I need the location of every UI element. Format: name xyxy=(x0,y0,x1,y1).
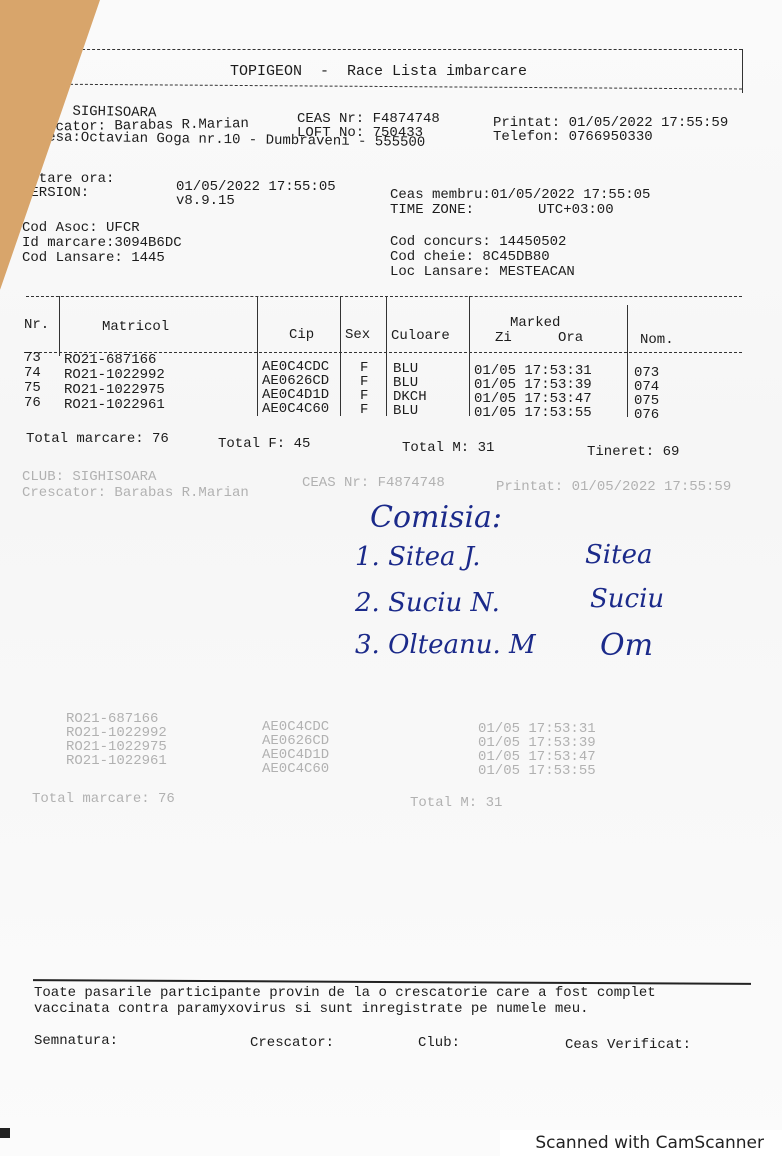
version-value: v8.9.15 xyxy=(176,194,235,209)
row-matricol: RO21-1022992 xyxy=(64,368,165,383)
row-nr: 73 xyxy=(24,351,41,366)
row-nom: 076 xyxy=(634,408,659,423)
col-divider xyxy=(257,296,258,416)
race-code: Cod concurs: 14450502 xyxy=(390,235,566,250)
document-title: TOPIGEON - Race Lista imbarcare xyxy=(230,64,527,79)
ghost-breeder: Crescator: Barabas R.Marian xyxy=(22,486,249,501)
header-matricol: Matricol xyxy=(102,320,169,335)
ghost-printed: Printat: 01/05/2022 17:55:59 xyxy=(496,480,731,495)
col-divider xyxy=(469,296,470,416)
total-marcare: Total marcare: 76 xyxy=(26,432,169,447)
header-sex: Sex xyxy=(345,328,370,343)
release-code: Cod Lansare: 1445 xyxy=(22,251,165,266)
row-nr: 74 xyxy=(24,366,41,381)
time-zone-label: TIME ZONE: xyxy=(390,203,474,218)
header-nr: Nr. xyxy=(24,318,49,333)
header-nom: Nom. xyxy=(640,333,674,348)
row-matricol: RO21-687166 xyxy=(64,353,156,368)
total-young: Tineret: 69 xyxy=(587,445,679,460)
phone-number: Telefon: 0766950330 xyxy=(493,130,653,145)
signature-2: Suciu xyxy=(590,584,664,614)
row-sex: F xyxy=(360,403,368,418)
time-zone-value: UTC+03:00 xyxy=(538,203,614,218)
commission-heading: Comisia: xyxy=(370,500,502,535)
ghost-club: CLUB: SIGHISOARA xyxy=(22,470,156,485)
association-code: Cod Asoc: UFCR xyxy=(22,221,140,236)
signature-1: Sitea xyxy=(585,540,652,570)
header-ora: Ora xyxy=(558,331,583,346)
loft-number: LOFT No: 750433 xyxy=(297,126,423,141)
paper-sheet: TOPIGEON - Race Lista imbarcare CLUB: SI… xyxy=(0,0,782,1156)
total-males: Total M: 31 xyxy=(402,441,494,456)
ghost-clock-number: CEAS Nr: F4874748 xyxy=(302,476,445,491)
commission-member-3: 3. Olteanu. M xyxy=(355,630,536,660)
clock-verified-label: Ceas Verificat: xyxy=(565,1038,691,1053)
marking-id: Id marcare:3094B6DC xyxy=(22,236,182,251)
header-border-right xyxy=(742,49,743,93)
row-culoare: BLU xyxy=(393,404,418,419)
header-zi: Zi xyxy=(495,331,512,346)
camscanner-watermark: Scanned with CamScanner xyxy=(500,1130,782,1156)
commission-member-2: 2. Suciu N. xyxy=(355,588,500,618)
row-nr: 76 xyxy=(24,396,41,411)
club-label: Club: xyxy=(418,1036,460,1051)
signature-label: Semnatura: xyxy=(34,1034,118,1049)
release-location: Loc Lansare: MESTEACAN xyxy=(390,265,575,280)
commission-member-1: 1. Sitea J. xyxy=(355,542,480,572)
breeder-label: Crescator: xyxy=(250,1036,334,1051)
ghost-total-males: Total M: 31 xyxy=(410,796,502,811)
header-border-bottom xyxy=(30,84,742,90)
col-divider xyxy=(59,296,60,356)
row-cip: AE0C4C60 xyxy=(262,402,329,417)
table-border-top xyxy=(26,296,742,297)
scan-edge xyxy=(0,1128,10,1138)
header-culoare: Culoare xyxy=(391,329,450,344)
member-clock-time: Ceas membru:01/05/2022 17:55:05 xyxy=(390,188,650,203)
signature-3: Om xyxy=(600,628,653,663)
col-divider xyxy=(386,296,387,416)
ghost-cip: AE0C4C60 xyxy=(262,762,329,777)
row-matricol: RO21-1022961 xyxy=(64,398,165,413)
ghost-marked: 01/05 17:53:55 xyxy=(478,764,596,779)
row-marked: 01/05 17:53:55 xyxy=(474,406,592,421)
header-cip: Cip xyxy=(289,328,314,343)
ghost-total-marcare: Total marcare: 76 xyxy=(32,792,175,807)
key-code: Cod cheie: 8C45DB80 xyxy=(390,250,550,265)
header-border-top xyxy=(62,49,742,50)
declaration-line-1: Toate pasarile participante provin de la… xyxy=(34,986,656,1001)
ghost-matricol: RO21-1022961 xyxy=(66,754,167,769)
col-divider xyxy=(627,305,628,417)
header-marked: Marked xyxy=(510,316,560,331)
row-matricol: RO21-1022975 xyxy=(64,383,165,398)
row-nr: 75 xyxy=(24,381,41,396)
total-females: Total F: 45 xyxy=(218,437,310,452)
col-divider xyxy=(340,296,341,416)
declaration-line-2: vaccinata contra paramyxovirus si sunt i… xyxy=(34,1002,589,1017)
